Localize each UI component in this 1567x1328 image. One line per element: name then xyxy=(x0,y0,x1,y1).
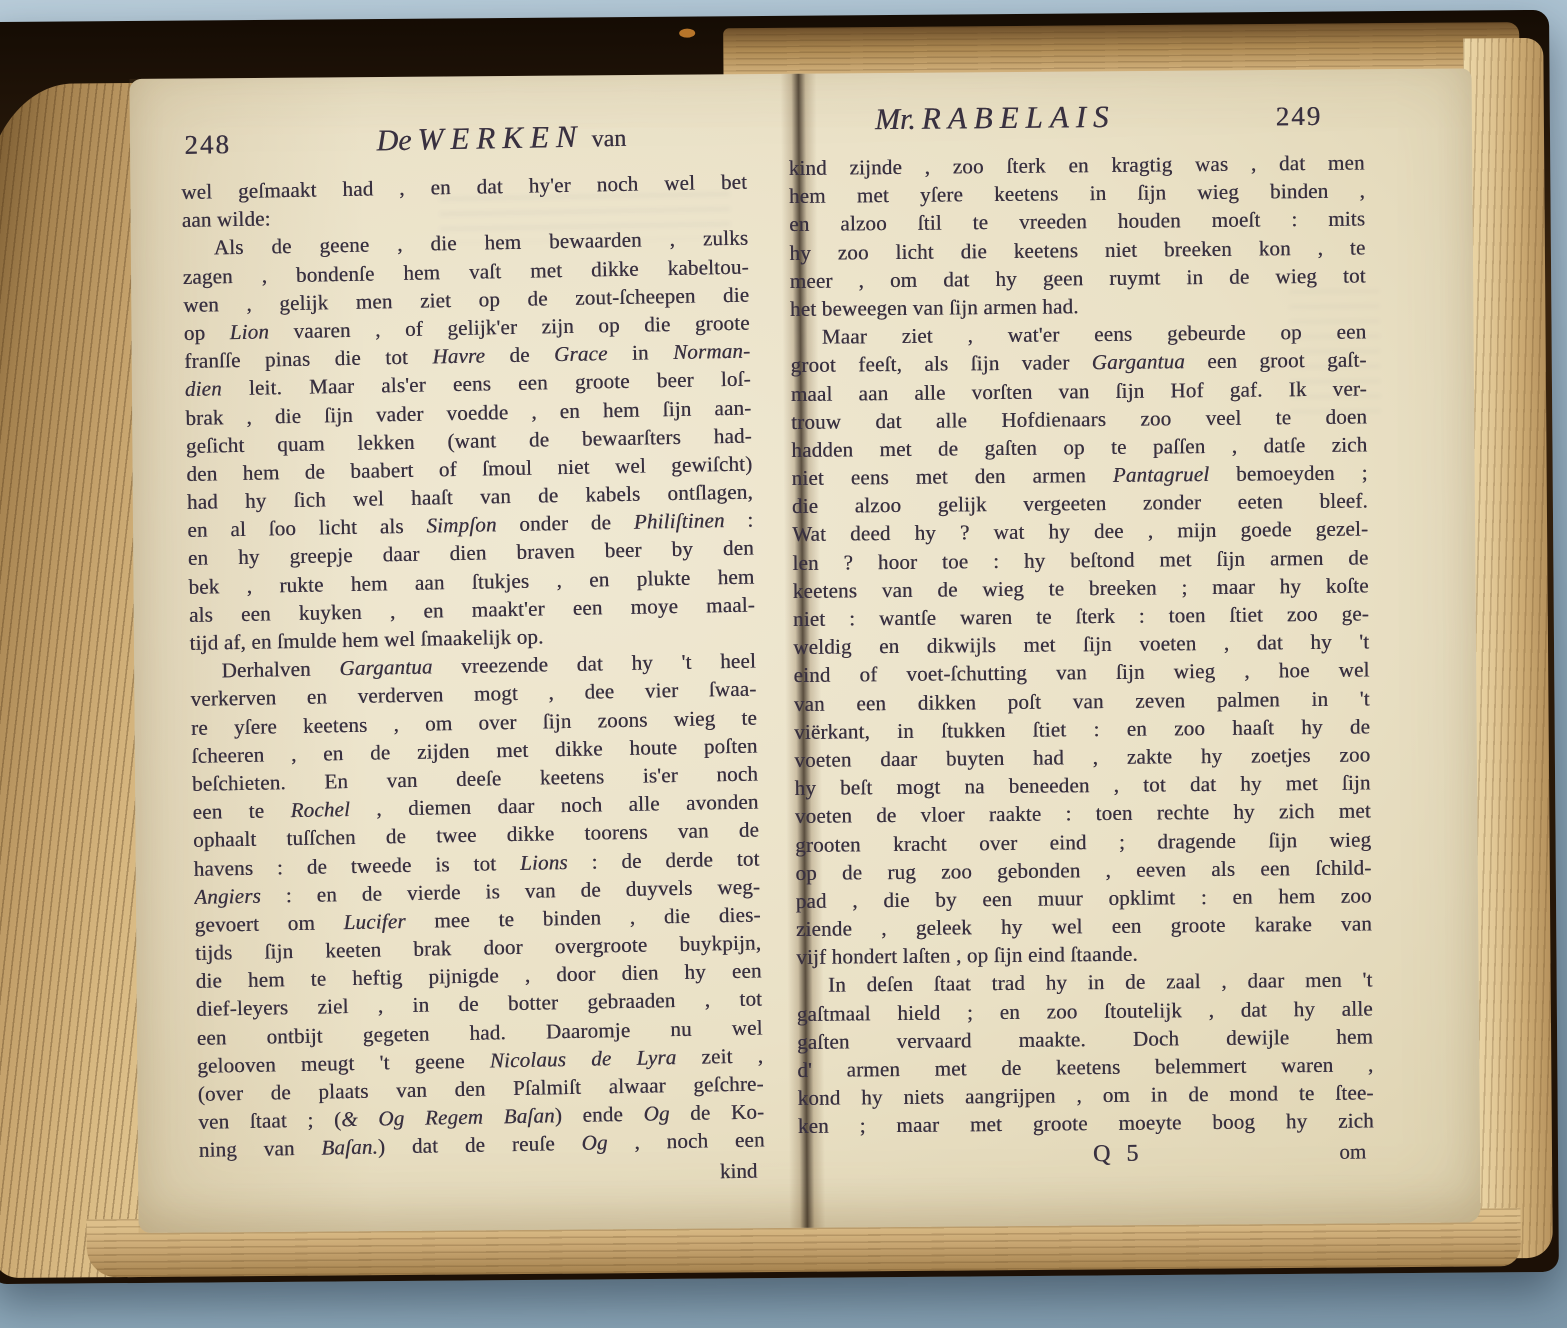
text-run: Derhalven xyxy=(221,656,339,682)
text-run: niet : wantſe waren te ſterk : toen ſtie… xyxy=(793,601,1369,631)
text-run: hem met yſere keetens in ſijn wieg binde… xyxy=(789,179,1365,209)
text-run: , noch een xyxy=(607,1128,764,1155)
text-run: aan wilde: xyxy=(182,207,271,233)
text-run: d' armen met de keetens belemmert waren … xyxy=(797,1052,1373,1082)
right-running-title: Mr.RABELAIS xyxy=(788,98,1202,138)
italic-text-run: Nicolaus de Lyra xyxy=(490,1045,677,1072)
text-line: ziende , geleek hy wel een groote karake… xyxy=(796,909,1372,943)
italic-text-run: Baſan. xyxy=(321,1135,378,1160)
text-run: mee te binden , die dies- xyxy=(405,902,760,933)
text-run: In deſen ſtaat trad hy in de zaal , daar… xyxy=(828,968,1373,997)
right-page-number: 249 xyxy=(1202,100,1364,133)
left-page-number: 248 xyxy=(180,129,257,161)
text-run: een te xyxy=(192,798,290,824)
running-title-word: Mr. xyxy=(875,103,916,136)
text-run: onder de xyxy=(496,510,634,537)
text-run: hadden met de gaſten op te paſſen , datſ… xyxy=(791,432,1367,462)
text-run: ziende , geleek hy wel een groote karake… xyxy=(796,911,1372,941)
italic-text-run: & Og Regem Baſan xyxy=(341,1103,555,1131)
right-page-body: kind zijnde , zoo ſterk en kragtig was ,… xyxy=(788,148,1373,1140)
italic-text-run: Lion xyxy=(229,319,269,344)
text-line: meer , om dat hy geen ruymt in de wieg t… xyxy=(790,261,1366,295)
italic-text-run: Lucifer xyxy=(343,909,405,934)
left-page-header: 248 DeWERKENvan xyxy=(180,116,747,170)
text-run: kond hy niets aangrijpen , om in de mond… xyxy=(797,1081,1373,1111)
text-run: hy beſt mogt na beneeden , tot dat hy me… xyxy=(794,771,1370,801)
text-run: meer , om dat hy geen ruymt in de wieg t… xyxy=(790,263,1366,293)
text-run: Maar ziet , wat'er eens gebeurde op een xyxy=(822,320,1367,349)
text-run: gevoert om xyxy=(194,910,343,937)
text-run: vreezende dat hy 't heel xyxy=(432,649,756,679)
italic-text-run: Og xyxy=(581,1131,608,1155)
italic-text-run: Gargantua xyxy=(1092,350,1185,375)
italic-text-run: Havre xyxy=(432,344,485,369)
text-run: voeten de vloer raakte : toen rechte hy … xyxy=(795,799,1371,829)
text-run: : de derde tot xyxy=(567,846,759,874)
italic-text-run: Philiſtinen xyxy=(634,508,725,534)
text-run: keetens van de wieg te breeken ; maar hy… xyxy=(793,573,1369,603)
running-title-word: De xyxy=(376,124,412,158)
running-title-word: van xyxy=(591,126,626,153)
page-stack-edge-left xyxy=(0,83,151,1278)
text-run: ken ; maar met groote moeyte boog hy zic… xyxy=(798,1109,1374,1139)
right-page: Mr.RABELAIS 249 kind zijnde , zoo ſterk … xyxy=(788,96,1374,1172)
text-run: groot feeſt, als ſijn vader xyxy=(790,350,1091,377)
running-title-word: WERKEN xyxy=(417,119,584,157)
text-run: en alzoo ſtil te vreeden houden moeſt : … xyxy=(789,207,1365,237)
text-run: pad , die by een muur opklimt : en hem z… xyxy=(796,883,1372,913)
text-run: een groot gaſt- xyxy=(1185,348,1367,374)
text-run: van een dikken poſt van zeven palmen in … xyxy=(794,686,1370,716)
text-run: ) ende xyxy=(555,1102,644,1128)
text-run: Wat deed hy ? wat hy dee , mijn goede ge… xyxy=(792,517,1368,547)
text-run: : xyxy=(724,508,753,533)
italic-text-run: Gargantua xyxy=(339,655,433,681)
text-run: op de rug zoo gebonden , eeven als een ſ… xyxy=(795,855,1371,885)
gathering-signature: Q 5 xyxy=(798,1135,1374,1173)
text-run: ven ſtaat ; ( xyxy=(198,1107,341,1134)
text-run: gaſtmaal hield ; en zoo ſtoutelijk , dat… xyxy=(797,996,1373,1026)
italic-text-run: Angiers xyxy=(194,883,261,908)
text-run: die alzoo gelijk vergeeten zonder eeten … xyxy=(792,489,1368,519)
text-run: gaſten vervaard maakte. Doch dewijle hem xyxy=(797,1024,1373,1054)
text-run: franſſe pinas die tot xyxy=(184,345,432,374)
italic-text-run: Og xyxy=(643,1101,670,1125)
text-run: de Ko- xyxy=(669,1100,764,1126)
left-page-body: wel geſmaakt had , en dat hy'er noch wel… xyxy=(181,168,765,1165)
left-running-title: DeWERKENvan xyxy=(256,116,747,161)
cover-wear-mark xyxy=(679,29,695,38)
left-page: 248 DeWERKENvan wel geſmaakt had , en da… xyxy=(180,116,766,1197)
right-page-header: Mr.RABELAIS 249 xyxy=(788,96,1364,146)
italic-text-run: Rochel xyxy=(290,797,350,822)
italic-text-run: Lions xyxy=(520,850,568,875)
text-run: en al ſoo licht als xyxy=(187,514,426,542)
text-run: viërkant, in ſtukken ſtiet : en zoo haaſ… xyxy=(794,714,1370,744)
text-run: weldig en dikwijls met ſijn voeten , dat… xyxy=(793,630,1369,660)
catchword: om xyxy=(1339,1135,1366,1167)
text-run: voeten daar buyten had , zakte hy zoetje… xyxy=(794,742,1370,772)
text-run: kind zijnde , zoo ſterk en kragtig was ,… xyxy=(789,150,1365,180)
text-run: eind of voet-ſchutting van ſijn wieg , h… xyxy=(793,658,1369,688)
right-page-tail: Q 5 om xyxy=(798,1135,1374,1173)
running-title-word: RABELAIS xyxy=(922,99,1116,136)
italic-text-run: Grace xyxy=(554,341,608,366)
italic-text-run: Pantagruel xyxy=(1113,462,1210,487)
text-run: zeit , xyxy=(676,1043,763,1069)
italic-text-run: dien xyxy=(185,377,222,402)
catchword: kind xyxy=(720,1154,758,1187)
text-run: gelooven meugt 't geene xyxy=(197,1048,490,1077)
text-run: maal aan alle vorſten van ſijn Hof gaf. … xyxy=(791,376,1367,406)
text-run: het beweegen van ſijn armen had. xyxy=(790,294,1079,321)
text-run: de xyxy=(485,342,554,367)
text-run: ) dat de reuſe xyxy=(378,1131,582,1159)
text-run: bemoeyden ; xyxy=(1209,461,1368,487)
italic-text-run: Norman- xyxy=(673,339,751,364)
text-run: op xyxy=(184,320,230,345)
italic-text-run: Simpſon xyxy=(426,513,497,538)
text-run: tijd af, en ſmulde hem wel ſmaakelijk op… xyxy=(189,624,543,654)
text-run: havens : de tweede is tot xyxy=(193,850,520,880)
text-run: len ? hoor toe : hy beſtond met ſijn arm… xyxy=(792,545,1368,575)
text-run: grooten kracht over eind ; dragende ſijn… xyxy=(795,827,1371,857)
text-run: niet eens met den armen xyxy=(791,463,1112,490)
photo-of-open-book: 248 DeWERKENvan wel geſmaakt had , en da… xyxy=(0,0,1567,1328)
text-run: in xyxy=(607,340,673,365)
text-run: trouw dat alle Hofdienaars zoo veel te d… xyxy=(791,404,1367,434)
text-run: ning van xyxy=(199,1136,322,1162)
text-run: hy zoo licht die keetens niet breeken ko… xyxy=(789,235,1365,265)
text-run: vijf hondert laſten , op ſijn eind ſtaan… xyxy=(796,942,1138,969)
